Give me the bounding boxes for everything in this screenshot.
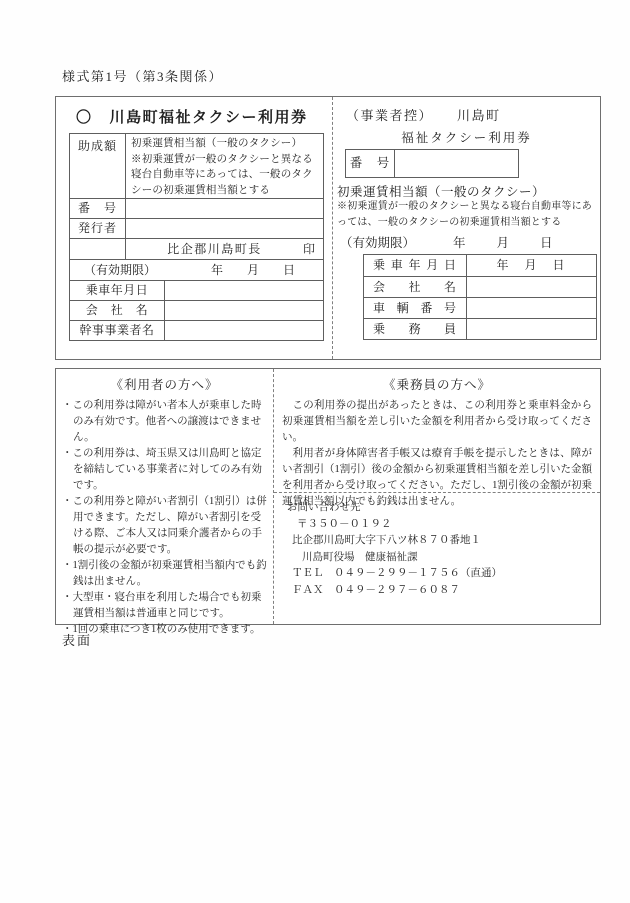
ride-date-field	[165, 281, 323, 300]
crew-notes-heading: 《乗務員の方へ》	[274, 375, 600, 393]
company-label: 会 社 名	[70, 301, 165, 320]
list-item: ・1割引後の金額が初乗運賃相当額内でも釣銭は出ません。	[62, 558, 271, 590]
issuer-field	[126, 219, 323, 238]
operator-copy-label: （事業者控）	[346, 105, 433, 124]
table-row: 比企郡川島町長 印	[70, 238, 323, 259]
stub-header-row: （事業者控） 川島町	[346, 105, 501, 124]
table-row: 会 社 名	[70, 300, 323, 320]
organizer-label: 幹事事業者名	[70, 321, 165, 340]
contact-info: お問い合わせ先 〒３５０－０１９２ 比企郡川島町大字下八ツ林８７０番地１ 川島町…	[287, 500, 502, 599]
stub-crew-label: 乗務員	[364, 319, 467, 339]
town-name: 川島町	[457, 105, 501, 124]
table-row: 車輌番号	[364, 297, 596, 318]
crew-notes-text: この利用券の提出があったときは、この利用券と乗車料金から初乗運賃相当額を差し引い…	[282, 398, 592, 510]
voucher-stub: （事業者控） 川島町 福祉タクシー利用券 番 号 初乗運賃相当額（一般のタクシー…	[333, 97, 600, 359]
voucher-main: 〇 川島町福祉タクシー利用券 助成額 初乗運賃相当額（一般のタクシー） ※初乗運…	[56, 97, 332, 359]
stub-ride-date-field: 年 月 日	[467, 255, 596, 276]
table-row: 乗車年月日	[70, 280, 323, 300]
stub-company-label: 会社名	[364, 277, 467, 297]
list-item: ・この利用券は、埼玉県又は川島町と協定を締結している事業者に対してのみ有効です。	[62, 446, 271, 494]
tel-line: ＴＥＬ ０４９－２９９－１７５６（直通）	[287, 566, 502, 583]
side-label: 表面	[62, 630, 92, 649]
empty-label-cell	[70, 239, 126, 259]
user-notes-section: 《利用者の方へ》 ・この利用券は障がい者本人が乗車した時のみ有効です。他者への譲…	[56, 369, 273, 624]
user-notes-list: ・この利用券は障がい者本人が乗車した時のみ有効です。他者への譲渡はできません。 …	[62, 398, 271, 638]
organizer-field	[165, 321, 323, 340]
voucher-sheet: 〇 川島町福祉タクシー利用券 助成額 初乗運賃相当額（一般のタクシー） ※初乗運…	[55, 96, 601, 360]
validity-row: （有効期限） 年 月 日	[70, 259, 323, 280]
subsidy-label: 助成額	[70, 134, 126, 198]
form-number-label: 様式第1号（第3条関係）	[62, 66, 223, 85]
stub-fare-note: ※初乗運賃が一般のタクシーと異なる寝台自動車等にあっては、一般のタクシーの初乗運…	[337, 199, 599, 230]
notes-sheet: 《利用者の方へ》 ・この利用券は障がい者本人が乗車した時のみ有効です。他者への譲…	[55, 368, 601, 625]
issuer-label: 発行者	[70, 219, 126, 238]
voucher-title-row: 〇 川島町福祉タクシー利用券	[76, 106, 308, 127]
circle-mark: 〇	[76, 106, 93, 127]
stub-validity-row: （有効期限） 年 月 日	[340, 233, 555, 251]
number-field	[126, 199, 323, 218]
crew-paragraph: この利用券の提出があったときは、この利用券と乗車料金から初乗運賃相当額を差し引い…	[282, 398, 592, 446]
table-row: 会社名	[364, 276, 596, 297]
number-label: 番 号	[70, 199, 126, 218]
stub-fare-line: 初乗運賃相当額（一般のタクシー）	[337, 182, 545, 200]
postal-code: 〒３５０－０１９２	[287, 517, 502, 534]
address-line: 比企郡川島町大字下八ツ林８７０番地１	[287, 533, 502, 550]
validity-label: （有効期限）	[84, 260, 156, 280]
subsidy-amount-text: 初乗運賃相当額（一般のタクシー）	[131, 138, 302, 149]
form-page: 様式第1号（第3条関係） 〇 川島町福祉タクシー利用券 助成額 初乗運賃相当額（…	[0, 0, 630, 903]
voucher-title: 川島町福祉タクシー利用券	[110, 106, 308, 127]
stub-number-table: 番 号	[345, 149, 519, 178]
list-item: ・この利用券は障がい者本人が乗車した時のみ有効です。他者への譲渡はできません。	[62, 398, 271, 446]
voucher-info-table: 助成額 初乗運賃相当額（一般のタクシー） ※初乗運賃が一般のタクシーと異なる寝台…	[69, 133, 324, 341]
fax-line: ＦＡＸ ０４９－２９７－６０８７	[287, 583, 502, 600]
subsidy-note-text: ※初乗運賃が一般のタクシーと異なる寝台自動車等にあっては、一般のタクシーの初乗運…	[131, 152, 320, 199]
table-row: 助成額 初乗運賃相当額（一般のタクシー） ※初乗運賃が一般のタクシーと異なる寝台…	[70, 134, 323, 198]
table-row: 幹事事業者名	[70, 320, 323, 340]
list-item: ・この利用券と障がい者割引（1割引）は併用できます。ただし、障がい者割引を受ける…	[62, 494, 271, 558]
ride-date-label: 乗車年月日	[70, 281, 165, 300]
mayor-cell: 比企郡川島町長 印	[126, 239, 323, 259]
validity-date-blanks: 年 月 日	[211, 260, 295, 280]
stub-number-field	[395, 150, 518, 177]
table-row: 乗務員	[364, 318, 596, 339]
stub-company-field	[467, 277, 596, 297]
stub-title: 福祉タクシー利用券	[333, 128, 600, 146]
contact-heading: お問い合わせ先	[287, 500, 502, 517]
table-row: 番 号	[70, 198, 323, 218]
stub-validity-date-blanks: 年 月 日	[453, 233, 555, 251]
stub-validity-label: （有効期限）	[340, 233, 415, 251]
company-field	[165, 301, 323, 320]
mayor-name: 比企郡川島町長	[126, 239, 303, 259]
stub-vehicle-number-label: 車輌番号	[364, 298, 467, 318]
table-row: 発行者	[70, 218, 323, 238]
list-item: ・1回の乗車につき1枚のみ使用できます。	[62, 622, 271, 638]
seal-mark: 印	[303, 239, 323, 259]
stub-crew-field	[467, 319, 596, 339]
stub-ride-date-label: 乗車年月日	[364, 255, 467, 276]
crew-notes-section: 《乗務員の方へ》 この利用券の提出があったときは、この利用券と乗車料金から初乗運…	[274, 369, 600, 624]
office-name: 川島町役場 健康福祉課	[287, 550, 502, 567]
user-notes-heading: 《利用者の方へ》	[56, 375, 273, 393]
stub-number-label: 番 号	[346, 150, 395, 177]
stub-vehicle-number-field	[467, 298, 596, 318]
stub-entry-table: 乗車年月日 年 月 日 会社名 車輌番号 乗務員	[363, 254, 597, 340]
contact-separator-line	[274, 492, 600, 493]
table-row: 乗車年月日 年 月 日	[364, 255, 596, 276]
subsidy-value-cell: 初乗運賃相当額（一般のタクシー） ※初乗運賃が一般のタクシーと異なる寝台自動車等…	[126, 134, 323, 198]
list-item: ・大型車・寝台車を利用した場合でも初乗運賃相当額は普通車と同じです。	[62, 590, 271, 622]
